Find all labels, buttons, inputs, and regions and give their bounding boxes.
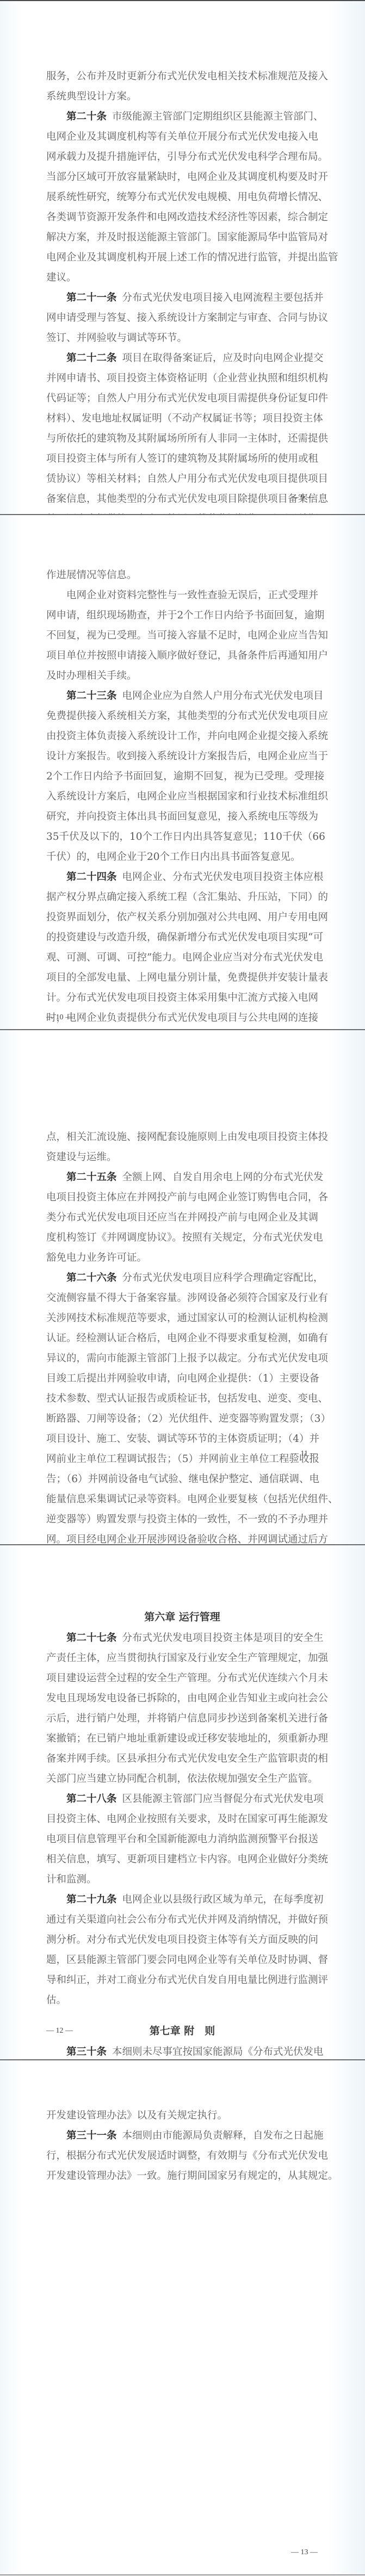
page-9: 服务，公布并及时更新分布式光伏发电相关技术标准规范及接入系统典型设计方案。第二十… <box>0 0 365 515</box>
line-text: 网。项目经电网企业开展涉网设备验收合格、并网调试通过后方 <box>46 1534 328 1545</box>
text-line: 断路器、刀闸等设备；（2）光伏组件、逆变器等购置发票；（3） <box>46 1409 318 1429</box>
line-text: 备案信息，其他类型的分布式光伏发电项目除提供项目备案信息 <box>46 493 328 505</box>
article-line: 第二十一条分布式光伏发电项目接入电网流程主要包括并 <box>46 288 318 308</box>
line-text: 示后，进行销户处理，并将销户信息同步抄送到备案机关进行备 <box>46 1713 328 1724</box>
text-line: 项目建设运营全过程的安全生产管理。分布式光伏连续六个月未 <box>46 1668 318 1688</box>
text-line: 点，相关汇流设施、接网配套设施原则上由发电项目投资主体投 <box>46 1127 318 1147</box>
line-text: 材料）、发电地址权属证明（不动产权属证书等；项目投资主体 <box>46 413 323 424</box>
line-text: 逆变器等）购置发票与投资主体的一致性，不一致的不予办理并 <box>46 1514 328 1525</box>
text-line: 告；（6）并网前设备电气试验、继电保护整定、通信联调、电 <box>46 1469 318 1489</box>
text-line: 作进展情况等信息。 <box>46 565 318 585</box>
line-text: 据产权分界点确定接入系统工程（含汇集站、升压站，下同）的 <box>46 891 328 903</box>
line-text: 发电且现场发电设备已拆除的，由电网企业告知业主或向社会公 <box>46 1693 328 1704</box>
article-line: 第二十六条分布式光伏发电项目应科学合理确定容配比， <box>46 1268 318 1288</box>
line-text: 估。 <box>46 1995 66 2006</box>
text-line: 计。分布式光伏发电项目投资主体采用集中汇流方式接入电网 <box>46 988 318 1008</box>
article-title: 第二十八条 <box>66 1793 117 1805</box>
article-title: 第二十二条 <box>66 352 117 364</box>
line-text: 电网企业以县级行政区域为单元，在每季度初 <box>122 1894 324 1905</box>
line-text: 服务，公布并及时更新分布式光伏发电相关技术标准规范及接入 <box>46 71 328 82</box>
text-line: 示后，进行销户处理，并将销户信息同步抄送到备案机关进行备 <box>46 1708 318 1729</box>
text-line: 行，根据分布式光伏发展适时调整，有效期与《分布式光伏发电 <box>46 2146 318 2166</box>
text-line: 发电且现场发电设备已拆除的，由电网企业告知业主或向社会公 <box>46 1688 318 1708</box>
text-line: 各类调节资源开发条件和电网改造技术经济性等因素，综合制定 <box>46 207 318 227</box>
text-line: 35千伏及以下的，10个工作日内出具答复意见；110千伏（66 <box>46 827 318 847</box>
text-line: 展系统性研究，统筹分布式光伏发电规模、用电负荷增长情况、 <box>46 187 318 207</box>
line-text: 35千伏及以下的，10个工作日内出具答复意见；110千伏（66 <box>46 831 325 843</box>
line-text: 题，区县能源主管部门要会同电网企业等有关单位及时协调、督 <box>46 1954 328 1966</box>
text-line: 能量信息采集调试记录等资料。电网企业要复核（包括光伏组件、 <box>46 1489 318 1509</box>
page-13: 开发建设管理办法》以及有关规定执行。第三十一条本细则由市能源局负责解释，自发布之… <box>0 2060 365 2575</box>
text-line: 相关信息，填写、更新项目建档立卡内容。电网企业做好分类统 <box>46 1849 318 1869</box>
line-text: 通过有关渠道向社会公布分布式光伏并网及消纳情况，并做好预 <box>46 1914 328 1925</box>
text-line: 度机构签订《并网调度协议》。按照有关规定，分布式光伏发电 <box>46 1228 318 1248</box>
page-10: 作进展情况等信息。电网企业对资料完整性与一致性查验无误后，正式受理并网申请，组织… <box>0 515 365 1030</box>
article-title: 第三十一条 <box>66 2130 117 2141</box>
text-line: 案撤销；在已销户地址重新建设或迁移安装地址的，须重新办理 <box>46 1729 318 1749</box>
text-line: 网申请受理与答复、接入系统设计方案制定与审查、合同与协议 <box>46 308 318 328</box>
line-text: 断路器、刀闸等设备；（2）光伏组件、逆变器等购置发票；（3） <box>46 1413 331 1425</box>
text-line: 目竣工后提出并网验收申请，向电网企业提供：（1）主要设备 <box>46 1369 318 1389</box>
line-text: 电网企业及其调度机构开展上述工作的情况进行监管，并提出监管 <box>46 252 338 263</box>
line-text: 网承载力及提升措施评估，引导分布式光伏发电科学合理布局。 <box>46 151 328 163</box>
line-text: 时，电网企业负责提供分布式光伏发电项目与公共电网的连接 <box>46 1012 318 1024</box>
text-line: 导和纠正，并对工商业分布式光伏自发自用电量比例进行监测评 <box>46 1970 318 1990</box>
line-text: 电网企业、分布式光伏发电项目投资主体应根 <box>122 871 324 883</box>
text-line: 千伏）的，电网企业于20个工作日内出具书面答复意见。 <box>46 847 318 867</box>
article-title: 第三十条 <box>66 2046 107 2058</box>
document-viewer[interactable]: 服务，公布并及时更新分布式光伏发电相关技术标准规范及接入系统典型设计方案。第二十… <box>0 0 365 2575</box>
line-text: 投资界面划分，依产权关系分别加强对公共电网、用户专用电网 <box>46 912 328 923</box>
line-text: 类分布式光伏发电项目还应当在并网投产前与电网企业及其调 <box>46 1212 318 1223</box>
text-line: 免费提供接入系统相关方案，其他类型的分布式光伏发电项目应 <box>46 706 318 726</box>
article-title: 第二十五条 <box>66 1172 117 1183</box>
line-text: 技术参数、型式认证报告或质检证书，包括发电、逆变、变电、 <box>46 1393 328 1404</box>
text-line: 产责任主体，应当贯彻执行国家及行业安全生产管理规定，加强 <box>46 1648 318 1668</box>
text-line: 外，还应当提供第三方出具的屋顶载荷监测报告以及项目前期工 <box>46 509 318 515</box>
text-line: 计和监测。 <box>46 1869 318 1890</box>
text-line: 系统典型设计方案。 <box>46 86 318 107</box>
line-text: 分布式光伏发电项目投资主体是项目的安全生 <box>122 1632 324 1644</box>
line-text: 相关信息，填写、更新项目建档立卡内容。电网企业做好分类统 <box>46 1854 328 1865</box>
article-line: 第二十三条电网企业应为自然人户用分布式光伏发电项目 <box>46 686 318 706</box>
article-title: 第二十条 <box>66 111 107 122</box>
line-text: 计。分布式光伏发电项目投资主体采用集中汇流方式接入电网 <box>46 992 318 1004</box>
line-text: 免费提供接入系统相关方案，其他类型的分布式光伏发电项目应 <box>46 710 328 722</box>
page-number: — 11 — <box>291 1450 317 1458</box>
page-number: — 9 — <box>291 493 314 502</box>
article-line: 第三十一条本细则由市能源局负责解释，自发布之日起施 <box>46 2126 318 2146</box>
line-text: 豁免电力业务许可证。 <box>46 1252 147 1264</box>
line-text: 千伏）的，电网企业于20个工作日内出具书面答复意见。 <box>46 851 301 863</box>
line-text: 网前业主单位工程调试报告；（5）并网前业主单位工程验收报 <box>46 1453 319 1465</box>
line-text: 及时办理相关手续。 <box>46 670 137 682</box>
line-text: 电网企业对资料完整性与一致性查验无误后，正式受理并 <box>66 590 318 601</box>
line-text: 本细则未尽事宜按国家能源局《分布式光伏发电 <box>112 2046 324 2058</box>
text-line: 研究，并向投资主体出具书面回复意见，接入系统电压等级为 <box>46 807 318 827</box>
text-line: 电网企业及其调度机构开展上述工作的情况进行监管，并提出监管 <box>46 247 318 268</box>
article-line: 第二十条市级能源主管部门定期组织区县能源主管部门、 <box>46 107 318 127</box>
line-text: 设计方案报告。收到接入系统设计方案报告后，电网企业应当于 <box>46 751 328 762</box>
text-line: 网申请，组织现场勘查，并于2个工作日内给予书面回复，逾期 <box>46 605 318 626</box>
article-line: 第二十八条区县能源主管部门应当督促分布式光伏发电项 <box>46 1789 318 1809</box>
line-text: 计和监测。 <box>46 1874 97 1885</box>
line-text: 点，相关汇流设施、接网配套设施原则上由发电项目投资主体投 <box>46 1131 328 1143</box>
text-line: 开发建设管理办法》一致。施行期间国家另有规定的，从其规定。 <box>46 2166 318 2186</box>
text-line: 项目单位并按照申请接入顺序做好登记，具备条件后再通知用户 <box>46 646 318 666</box>
chapter-6-articles: 第二十七条分布式光伏发电项目投资主体是项目的安全生产责任主体，应当贯彻执行国家及… <box>46 1628 318 2010</box>
text-line: 备案信息，其他类型的分布式光伏发电项目除提供项目备案信息 <box>46 489 318 509</box>
line-text: 代码证等；自然人户用分布式光伏发电项目需提供身份证复印件 <box>46 393 328 404</box>
line-text: 异议的，需向市能源主管部门上报予以裁定。分布式光伏发电项 <box>46 1353 328 1364</box>
article-title: 第二十六条 <box>66 1272 117 1284</box>
page-12-body: 第六章 运行管理 第二十七条分布式光伏发电项目投资主体是项目的安全生产责任主体，… <box>46 1606 318 2060</box>
line-text: 项目单位并按照申请接入顺序做好登记，具备条件后再通知用户 <box>46 650 328 661</box>
text-line: 解决方案，并及时报送能源主管部门。国家能源局华中监管局对 <box>46 227 318 247</box>
line-text: 电项目投资主体应在并网投产前与电网企业签订购售电合同，各 <box>46 1192 328 1203</box>
article-title: 第二十一条 <box>66 292 117 304</box>
text-line: 2个工作日内给予书面回复，逾期不回复，视为已受理。受理接 <box>46 766 318 787</box>
line-text: 目竣工后提出并网验收申请，向电网企业提供：（1）主要设备 <box>46 1373 319 1384</box>
text-line: 项目设计、施工、安装、调试等环节的主体资质证明；（4）并 <box>46 1429 318 1449</box>
text-line: 入系统设计方案后，电网企业应当根据国家和行业技术标准组织 <box>46 787 318 807</box>
line-text: 的投资建设与改造升级，确保新增分布式光伏发电项目实现“可 <box>46 932 323 943</box>
line-text: 开发建设管理办法》以及有关规定执行。 <box>46 2110 227 2121</box>
line-text: 导和纠正，并对工商业分布式光伏自发自用电量比例进行监测评 <box>46 1974 328 1986</box>
text-line: 交流侧容量不得大于备案容量。涉网设备必须符合国家及行业有 <box>46 1288 318 1308</box>
text-line: 代码证等；自然人户用分布式光伏发电项目需提供身份证复印件 <box>46 388 318 408</box>
line-text: 项目设计、施工、安装、调试等环节的主体资质证明；（4）并 <box>46 1433 319 1445</box>
text-line: 并网申请书、项目投资主体资格证明（企业营业执照和组织机构 <box>46 368 318 388</box>
line-text: 网申请受理与答复、接入系统设计方案制定与审查、合同与协议 <box>46 312 328 324</box>
text-line: 开发建设管理办法》以及有关规定执行。 <box>46 2106 318 2126</box>
line-text: 入系统设计方案后，电网企业应当根据国家和行业技术标准组织 <box>46 791 328 802</box>
line-text: 电项目信息管理平台和全国新能源电力消纳监测预警平台报送 <box>46 1834 318 1845</box>
line-text: 备案并网手续。区县承担分布式光伏发电安全生产监管职责的相 <box>46 1753 328 1764</box>
chapter-heading-6: 第六章 运行管理 <box>46 1606 318 1628</box>
line-text: 项目的全部发电量、上网电量分别计量，免费提供并安装计量表 <box>46 972 328 983</box>
text-line: 网。项目经电网企业开展涉网设备验收合格、并网调试通过后方 <box>46 1530 318 1545</box>
line-text: 能量信息采集调试记录等资料。电网企业要复核（包括光伏组件、 <box>46 1494 338 1505</box>
text-line: 签订、并网验收与调试等环节。 <box>46 328 318 348</box>
line-text: 测分析。对分布式光伏发电项目投资主体等有关方面反映的问 <box>46 1934 318 1946</box>
line-text: 与所依托的建筑物及其附属场所所有人非同一主体时，还需提供 <box>46 433 328 444</box>
text-line: 技术参数、型式认证报告或质检证书，包括发电、逆变、变电、 <box>46 1389 318 1409</box>
text-line: 测分析。对分布式光伏发电项目投资主体等有关方面反映的问 <box>46 1930 318 1950</box>
text-line: 网承载力及提升措施评估，引导分布式光伏发电科学合理布局。 <box>46 147 318 167</box>
text-line: 服务，公布并及时更新分布式光伏发电相关技术标准规范及接入 <box>46 66 318 86</box>
article-line: 第二十七条分布式光伏发电项目投资主体是项目的安全生 <box>46 1628 318 1648</box>
text-line: 异议的，需向市能源主管部门上报予以裁定。分布式光伏发电项 <box>46 1348 318 1369</box>
text-line: 关部门应当建立协同配合机制，依法依规加强安全生产监管。 <box>46 1769 318 1789</box>
article-title: 第二十三条 <box>66 690 117 702</box>
text-line: 备案并网手续。区县承担分布式光伏发电安全生产监管职责的相 <box>46 1749 318 1769</box>
text-line: 电网企业对资料完整性与一致性查验无误后，正式受理并 <box>46 585 318 605</box>
text-line: 当部分区域可开放容量紧缺时，电网企业及其调度机构要及时开 <box>46 167 318 187</box>
line-text: 项目在取得备案证后，应及时向电网企业提交 <box>122 352 324 364</box>
text-line: 项目投资主体与所有人签订的建筑物及其附属场所的使用或租 <box>46 449 318 469</box>
page-11-body: 点，相关汇流设施、接网配套设施原则上由发电项目投资主体投资建设与运维。第二十五条… <box>46 1127 318 1545</box>
text-line: 题，区县能源主管部门要会同电网企业等有关单位及时协调、督 <box>46 1950 318 1970</box>
text-line: 不回复，视为已受理。当可接入容量不足时，电网企业应当告知 <box>46 626 318 646</box>
text-line: 设计方案报告。收到接入系统设计方案报告后，电网企业应当于 <box>46 746 318 766</box>
page-11: 点，相关汇流设施、接网配套设施原则上由发电项目投资主体投资建设与运维。第二十五条… <box>0 1030 365 1545</box>
chapter-7-articles: 第三十条本细则未尽事宜按国家能源局《分布式光伏发电 <box>46 2042 318 2060</box>
line-text: 本细则由市能源局负责解释，自发布之日起施 <box>122 2130 324 2141</box>
page-10-body: 作进展情况等信息。电网企业对资料完整性与一致性查验无误后，正式受理并网申请，组织… <box>46 565 318 1028</box>
page-9-body: 服务，公布并及时更新分布式光伏发电相关技术标准规范及接入系统典型设计方案。第二十… <box>46 66 318 515</box>
article-title: 第二十七条 <box>66 1632 117 1644</box>
text-line: 类分布式光伏发电项目还应当在并网投产前与电网企业及其调 <box>46 1207 318 1228</box>
chapter-heading-7: 第七章 附 则 <box>46 2020 318 2042</box>
line-text: 赁协议）等相关材料；自然人户用分布式光伏发电项目提供项目 <box>46 473 328 485</box>
line-text: 区县能源主管部门应当督促分布式光伏发电项 <box>122 1793 324 1805</box>
line-text: 项目建设运营全过程的安全生产管理。分布式光伏连续六个月未 <box>46 1673 328 1684</box>
text-line: 项目的全部发电量、上网电量分别计量，免费提供并安装计量表 <box>46 968 318 988</box>
line-text: 建议。 <box>46 272 77 283</box>
text-line: 及时办理相关手续。 <box>46 666 318 686</box>
line-text: 各类调节资源开发条件和电网改造技术经济性等因素，综合制定 <box>46 212 328 223</box>
article-line: 第二十五条全额上网、自发自用余电上网的分布式光伏发 <box>46 1167 318 1187</box>
article-line: 第二十二条项目在取得备案证后，应及时向电网企业提交 <box>46 348 318 368</box>
line-text: 项目投资主体与所有人签订的建筑物及其附属场所的使用或租 <box>46 453 318 465</box>
line-text: 展系统性研究，统筹分布式光伏发电规模、用电负荷增长情况、 <box>46 191 328 203</box>
text-line: 据产权分界点确定接入系统工程（含汇集站、升压站，下同）的 <box>46 887 318 907</box>
line-text: 关涉网技术标准规范等要求，通过国家认可的检测认证机构检测 <box>46 1312 328 1324</box>
line-text: 当部分区域可开放容量紧缺时，电网企业及其调度机构要及时开 <box>46 171 328 183</box>
line-text: 关部门应当建立协同配合机制，依法依规加强安全生产监管。 <box>46 1773 318 1785</box>
line-text: 观、可测、可调、可控”能力。电网企业应当对分布式光伏发电 <box>46 952 323 963</box>
line-text: 行，根据分布式光伏发展适时调整，有效期与《分布式光伏发电 <box>46 2150 328 2162</box>
text-line: 时，电网企业负责提供分布式光伏发电项目与公共电网的连接 <box>46 1008 318 1028</box>
line-text: 资建设与运维。 <box>46 1151 117 1163</box>
line-text: 认证。经检测认证合格后，电网企业不得要求重复检测，如确有 <box>46 1333 328 1344</box>
line-text: 交流侧容量不得大于备案容量。涉网设备必须符合国家及行业有 <box>46 1292 328 1304</box>
text-line: 通过有关渠道向社会公布分布式光伏并网及消纳情况，并做好预 <box>46 1910 318 1930</box>
line-text: 系统典型设计方案。 <box>46 91 137 102</box>
text-line: 投资界面划分，依产权关系分别加强对公共电网、用户专用电网 <box>46 907 318 927</box>
line-text: 研究，并向投资主体出具书面回复意见，接入系统电压等级为 <box>46 811 318 822</box>
text-line: 电网企业及其调度机构等有关单位开展分布式光伏发电接入电 <box>46 127 318 147</box>
page-12: 第六章 运行管理 第二十七条分布式光伏发电项目投资主体是项目的安全生产责任主体，… <box>0 1545 365 2060</box>
text-line: 赁协议）等相关材料；自然人户用分布式光伏发电项目提供项目 <box>46 469 318 489</box>
line-text: 电网企业应为自然人户用分布式光伏发电项目 <box>122 690 324 702</box>
page-number: — 13 — <box>291 2548 318 2557</box>
line-text: 全额上网、自发自用余电上网的分布式光伏发 <box>122 1172 324 1183</box>
article-line: 第三十条本细则未尽事宜按国家能源局《分布式光伏发电 <box>46 2042 318 2060</box>
line-text: 并网申请书、项目投资主体资格证明（企业营业执照和组织机构 <box>46 373 328 384</box>
text-line: 的投资建设与改造升级，确保新增分布式光伏发电项目实现“可 <box>46 927 318 948</box>
line-text: 签订、并网验收与调试等环节。 <box>46 332 187 344</box>
line-text: 分布式光伏发电项目接入电网流程主要包括并 <box>122 292 324 304</box>
line-text: 电网企业及其调度机构等有关单位开展分布式光伏发电接入电 <box>46 131 318 143</box>
line-text: 作进展情况等信息。 <box>46 569 137 581</box>
line-text: 告；（6）并网前设备电气试验、继电保护整定、通信联调、电 <box>46 1473 319 1485</box>
text-line: 网前业主单位工程调试报告；（5）并网前业主单位工程验收报 <box>46 1449 318 1469</box>
line-text: 由投资主体负责接入系统设计工作，并向电网企业提交接入系统 <box>46 730 328 742</box>
text-line: 观、可测、可调、可控”能力。电网企业应当对分布式光伏发电 <box>46 948 318 968</box>
text-line: 豁免电力业务许可证。 <box>46 1248 318 1268</box>
text-line: 目投资主体、电网企业按照有关要求，及时在国家可再生能源发 <box>46 1809 318 1829</box>
article-line: 第二十四条电网企业、分布式光伏发电项目投资主体应根 <box>46 867 318 887</box>
text-line: 与所依托的建筑物及其附属场所所有人非同一主体时，还需提供 <box>46 429 318 449</box>
text-line: 估。 <box>46 1990 318 2010</box>
text-line: 资建设与运维。 <box>46 1147 318 1167</box>
article-title: 第二十四条 <box>66 871 117 883</box>
line-text: 产责任主体，应当贯彻执行国家及行业安全生产管理规定，加强 <box>46 1652 328 1664</box>
text-line: 建议。 <box>46 268 318 288</box>
line-text: 开发建设管理办法》一致。施行期间国家另有规定的，从其规定。 <box>46 2170 338 2182</box>
text-line: 电项目信息管理平台和全国新能源电力消纳监测预警平台报送 <box>46 1829 318 1849</box>
line-text: 度机构签订《并网调度协议》。按照有关规定，分布式光伏发电 <box>46 1232 323 1243</box>
page-13-body: 开发建设管理办法》以及有关规定执行。第三十一条本细则由市能源局负责解释，自发布之… <box>46 2106 318 2186</box>
line-text: 网申请，组织现场勘查，并于2个工作日内给予书面回复，逾期 <box>46 610 324 621</box>
line-text: 不回复，视为已受理。当可接入容量不足时，电网企业应当告知 <box>46 630 328 641</box>
line-text: 解决方案，并及时报送能源主管部门。国家能源局华中监管局对 <box>46 232 328 243</box>
article-title: 第二十九条 <box>66 1894 117 1905</box>
line-text: 目投资主体、电网企业按照有关要求，及时在国家可再生能源发 <box>46 1813 328 1825</box>
article-line: 第二十九条电网企业以县级行政区域为单元，在每季度初 <box>46 1890 318 1910</box>
text-line: 认证。经检测认证合格后，电网企业不得要求重复检测，如确有 <box>46 1328 318 1348</box>
line-text: 案撤销；在已销户地址重新建设或迁移安装地址的，须重新办理 <box>46 1733 328 1744</box>
page-number: — 12 — <box>46 2027 73 2035</box>
text-line: 电项目投资主体应在并网投产前与电网企业签订购售电合同，各 <box>46 1187 318 1207</box>
line-text: 分布式光伏发电项目应科学合理确定容配比， <box>122 1272 324 1284</box>
text-line: 由投资主体负责接入系统设计工作，并向电网企业提交接入系统 <box>46 726 318 746</box>
page-number: — 10 — <box>46 1013 73 1022</box>
line-text: 市级能源主管部门定期组织区县能源主管部门、 <box>112 111 324 122</box>
text-line: 关涉网技术标准规范等要求，通过国家认可的检测认证机构检测 <box>46 1308 318 1328</box>
text-line: 逆变器等）购置发票与投资主体的一致性，不一致的不予办理并 <box>46 1509 318 1530</box>
line-text: 2个工作日内给予书面回复，逾期不回复，视为已受理。受理接 <box>46 771 324 782</box>
text-line: 材料）、发电地址权属证明（不动产权属证书等；项目投资主体 <box>46 408 318 429</box>
